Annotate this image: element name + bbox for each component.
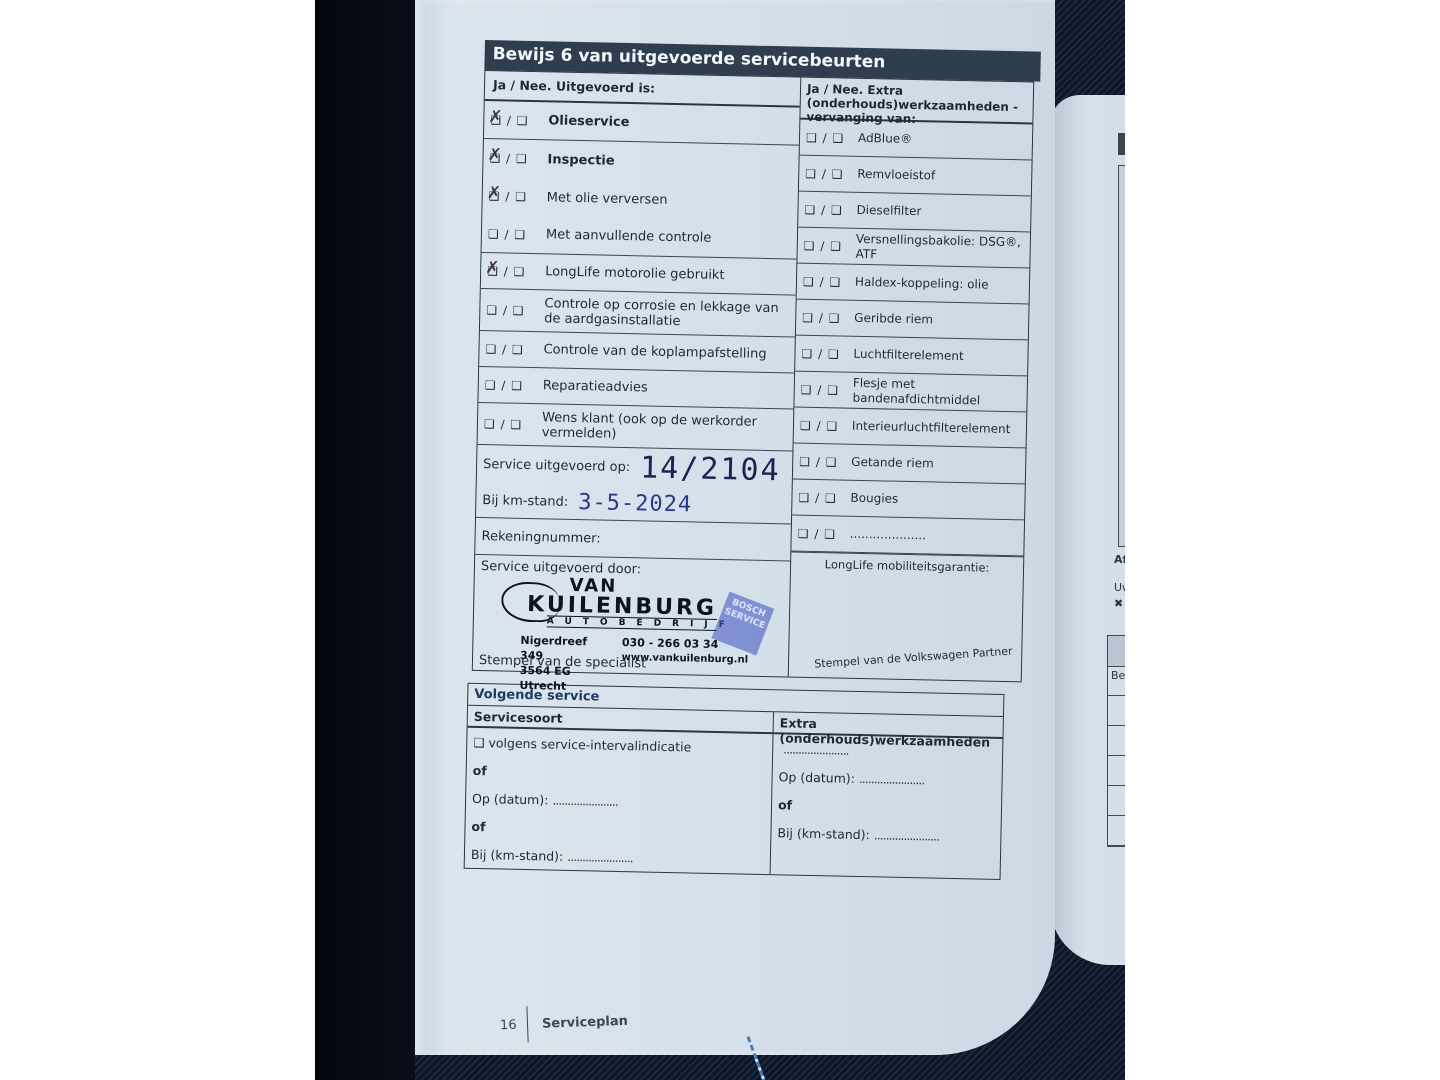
performed-item: ❑ / ❑✗Met olie verversen [482, 177, 798, 222]
item-label: LongLife motorolie gebruikt [545, 264, 725, 283]
performed-item: ❑ / ❑✗Inspectie [483, 139, 799, 184]
right-page-title-tab [1118, 133, 1125, 155]
item-label: Met olie verversen [547, 190, 668, 208]
yes-no-checkbox[interactable]: ❑ / ❑✗ [490, 113, 548, 128]
yes-no-checkbox[interactable]: ❑ / ❑ [804, 238, 856, 253]
service-book-page: Bewijs 6 van uitgevoerde servicebeurten … [415, 0, 1055, 1055]
extra-work-column: Ja / Nee. Extra (onderhouds)werkzaamhede… [789, 78, 1033, 682]
item-label: Interieurluchtfilterelement [852, 419, 1011, 437]
item-label: Controle op corrosie en lekkage van de a… [544, 296, 790, 331]
car-logo-icon [501, 581, 560, 622]
item-label: Olieservice [548, 113, 629, 130]
performed-column: Ja / Nee. Uitgevoerd is: ❑ / ❑✗Olieservi… [473, 71, 801, 676]
item-label: Geribde riem [854, 311, 933, 328]
dark-edge [315, 0, 415, 1080]
km-label: Bij km-stand: [482, 493, 568, 510]
right-page-table: De Besch [1107, 635, 1125, 847]
longlife-label: LongLife mobiliteitsgarantie: [791, 553, 1023, 576]
yes-no-checkbox[interactable]: ❑ / ❑ [798, 526, 850, 541]
service-record-form: Bewijs 6 van uitgevoerde servicebeurten … [468, 40, 1035, 880]
extra-work-item: ❑ / ❑Versnellingsbakolie: DSG®, ATF [797, 228, 1030, 269]
service-date-value: 14/2104 [640, 450, 781, 488]
item-label: Remvloeistof [857, 167, 935, 184]
item-label: Haldex-koppeling: olie [855, 275, 989, 293]
extra-date-label: Op (datum): [778, 769, 855, 786]
next-service-section: Volgende service Servicesoort ❑ volgens … [464, 683, 1005, 880]
dealer-stamp: VAN KUILENBURG AUTOBEDRIJF Nigerdreef 34… [507, 574, 749, 698]
vw-stamp-area: LongLife mobiliteitsgarantie: Stempel va… [789, 552, 1023, 673]
item-label: Bougies [850, 491, 898, 507]
item-label: Flesje met bandenafdichtmiddel [852, 375, 1021, 409]
dotted-line: ...................... [859, 770, 925, 786]
item-label: AdBlue® [858, 131, 912, 147]
right-page-figure [1118, 165, 1125, 547]
extra-work-item: ❑ / ❑Interieurluchtfilterelement [794, 408, 1027, 449]
check-mark-icon: ✗ [485, 258, 501, 278]
extra-work-item: ❑ / ❑Luchtfilterelement [795, 336, 1028, 377]
yes-no-checkbox[interactable]: ❑ / ❑ [801, 346, 853, 361]
account-label: Rekeningnummer: [481, 529, 600, 546]
check-mark-icon: ✗ [488, 107, 504, 127]
right-page: Afb. Uw s ✖ Kra De Besch 3G0012732SD [1050, 95, 1125, 965]
yes-no-checkbox[interactable]: ❑ / ❑ [803, 274, 855, 289]
item-label: Getande riem [851, 455, 934, 472]
yes-no-checkbox[interactable]: ❑ / ❑ [488, 227, 546, 242]
extra-work-item: ❑ / ❑Bougies [792, 480, 1025, 521]
page-number: 16 [500, 1017, 517, 1033]
service-date-label: Service uitgevoerd op: [483, 457, 630, 475]
extra-work-item: ❑ / ❑.................... [791, 516, 1024, 557]
table-cell: Besch [1108, 667, 1125, 685]
dotted-line: ...................... [567, 848, 633, 864]
extra-work-item: ❑ / ❑Flesje met bandenafdichtmiddel [794, 372, 1027, 413]
table-header: De [1108, 644, 1125, 657]
yes-no-checkbox[interactable]: ❑ / ❑✗ [489, 151, 547, 166]
service-table: Ja / Nee. Uitgevoerd is: ❑ / ❑✗Olieservi… [472, 70, 1034, 682]
figure-label: Afb. [1114, 553, 1125, 566]
yes-no-checkbox[interactable]: ❑ / ❑✗ [489, 189, 547, 204]
yes-no-checkbox[interactable]: ❑ / ❑ [801, 382, 853, 397]
dotted-line: ...................... [552, 792, 618, 808]
footer-divider [526, 1006, 529, 1042]
km-value: 3-5-2024 [578, 490, 692, 517]
item-label: .................... [850, 527, 927, 544]
yes-no-checkbox[interactable]: ❑ / ❑ [799, 454, 851, 469]
next-km-field[interactable]: Bij (km-stand):...................... [465, 840, 771, 874]
check-mark-icon: ✗ [487, 183, 503, 203]
right-page-text: ✖ Kra [1114, 597, 1125, 610]
yes-no-checkbox[interactable]: ❑ / ❑✗ [487, 264, 545, 279]
yes-no-checkbox[interactable]: ❑ / ❑ [485, 342, 543, 357]
item-label: Wens klant (ook op de werkorder vermelde… [542, 410, 788, 445]
extra-work-header: Ja / Nee. Extra (onderhouds)werkzaamhede… [800, 78, 1033, 125]
extra-work-item: ❑ / ❑Geribde riem [796, 300, 1029, 341]
yes-no-checkbox[interactable]: ❑ / ❑ [804, 202, 856, 217]
item-label: Inspectie [547, 152, 614, 168]
extra-work-item: ❑ / ❑Dieselfilter [798, 192, 1031, 233]
yes-no-checkbox[interactable]: ❑ / ❑ [798, 490, 850, 505]
performed-item: ❑ / ❑Wens klant (ook op de werkorder ver… [478, 403, 794, 452]
performed-item: ❑ / ❑Controle op corrosie en lekkage van… [480, 289, 796, 338]
yes-no-checkbox[interactable]: ❑ / ❑ [805, 166, 857, 181]
performed-item: ❑ / ❑Met aanvullende controle [482, 215, 798, 260]
extra-km-field[interactable]: Bij (km-stand):...................... [771, 818, 1001, 851]
right-page-text: Uw s [1114, 581, 1125, 594]
specialist-caption: Stempel van de specialist [479, 653, 647, 671]
performed-item: ❑ / ❑✗Olieservice [484, 101, 800, 146]
extra-work-header: Extra (onderhouds)werkzaamheden [774, 712, 1003, 739]
item-label: Controle van de koplampafstelling [543, 342, 766, 362]
dotted-line: ...................... [783, 741, 849, 757]
service-date-field: Service uitgevoerd op: 14/2104 [477, 445, 793, 490]
yes-no-checkbox[interactable]: ❑ / ❑ [484, 417, 542, 432]
item-label: Luchtfilterelement [853, 347, 963, 364]
item-label: Met aanvullende controle [546, 227, 712, 245]
yes-no-checkbox[interactable]: ❑ / ❑ [806, 130, 858, 145]
next-km-label: Bij (km-stand): [471, 846, 564, 863]
extra-work-item: ❑ / ❑Remvloeistof [799, 156, 1032, 197]
photo-background: Afb. Uw s ✖ Kra De Besch 3G0012732SD Bew… [315, 0, 1125, 1080]
page-footer: 16 Serviceplan [499, 1003, 628, 1043]
vw-caption: Stempel van de Volkswagen Partner [814, 645, 1013, 671]
section-title: Serviceplan [542, 1013, 628, 1031]
extra-km-label: Bij (km-stand): [777, 825, 870, 842]
yes-no-checkbox[interactable]: ❑ / ❑ [485, 378, 543, 393]
extra-work-item: ❑ / ❑Haldex-koppeling: olie [797, 264, 1030, 305]
item-label: Reparatieadvies [543, 378, 648, 395]
yes-no-checkbox[interactable]: ❑ / ❑ [800, 418, 852, 433]
next-date-label: Op (datum): [472, 790, 549, 807]
yes-no-checkbox[interactable]: ❑ / ❑ [802, 310, 854, 325]
dotted-line: ...................... [874, 827, 940, 843]
extra-work-item: ❑ / ❑Getande riem [793, 444, 1026, 485]
specialist-stamp-area: Service uitgevoerd door: VAN KUILENBURG … [473, 554, 790, 677]
item-label: Versnellingsbakolie: DSG®, ATF [855, 231, 1024, 265]
check-mark-icon: ✗ [487, 145, 503, 165]
item-label: Dieselfilter [856, 203, 921, 219]
yes-no-checkbox[interactable]: ❑ / ❑ [486, 303, 544, 318]
extra-work-item: ❑ / ❑AdBlue® [800, 120, 1033, 161]
